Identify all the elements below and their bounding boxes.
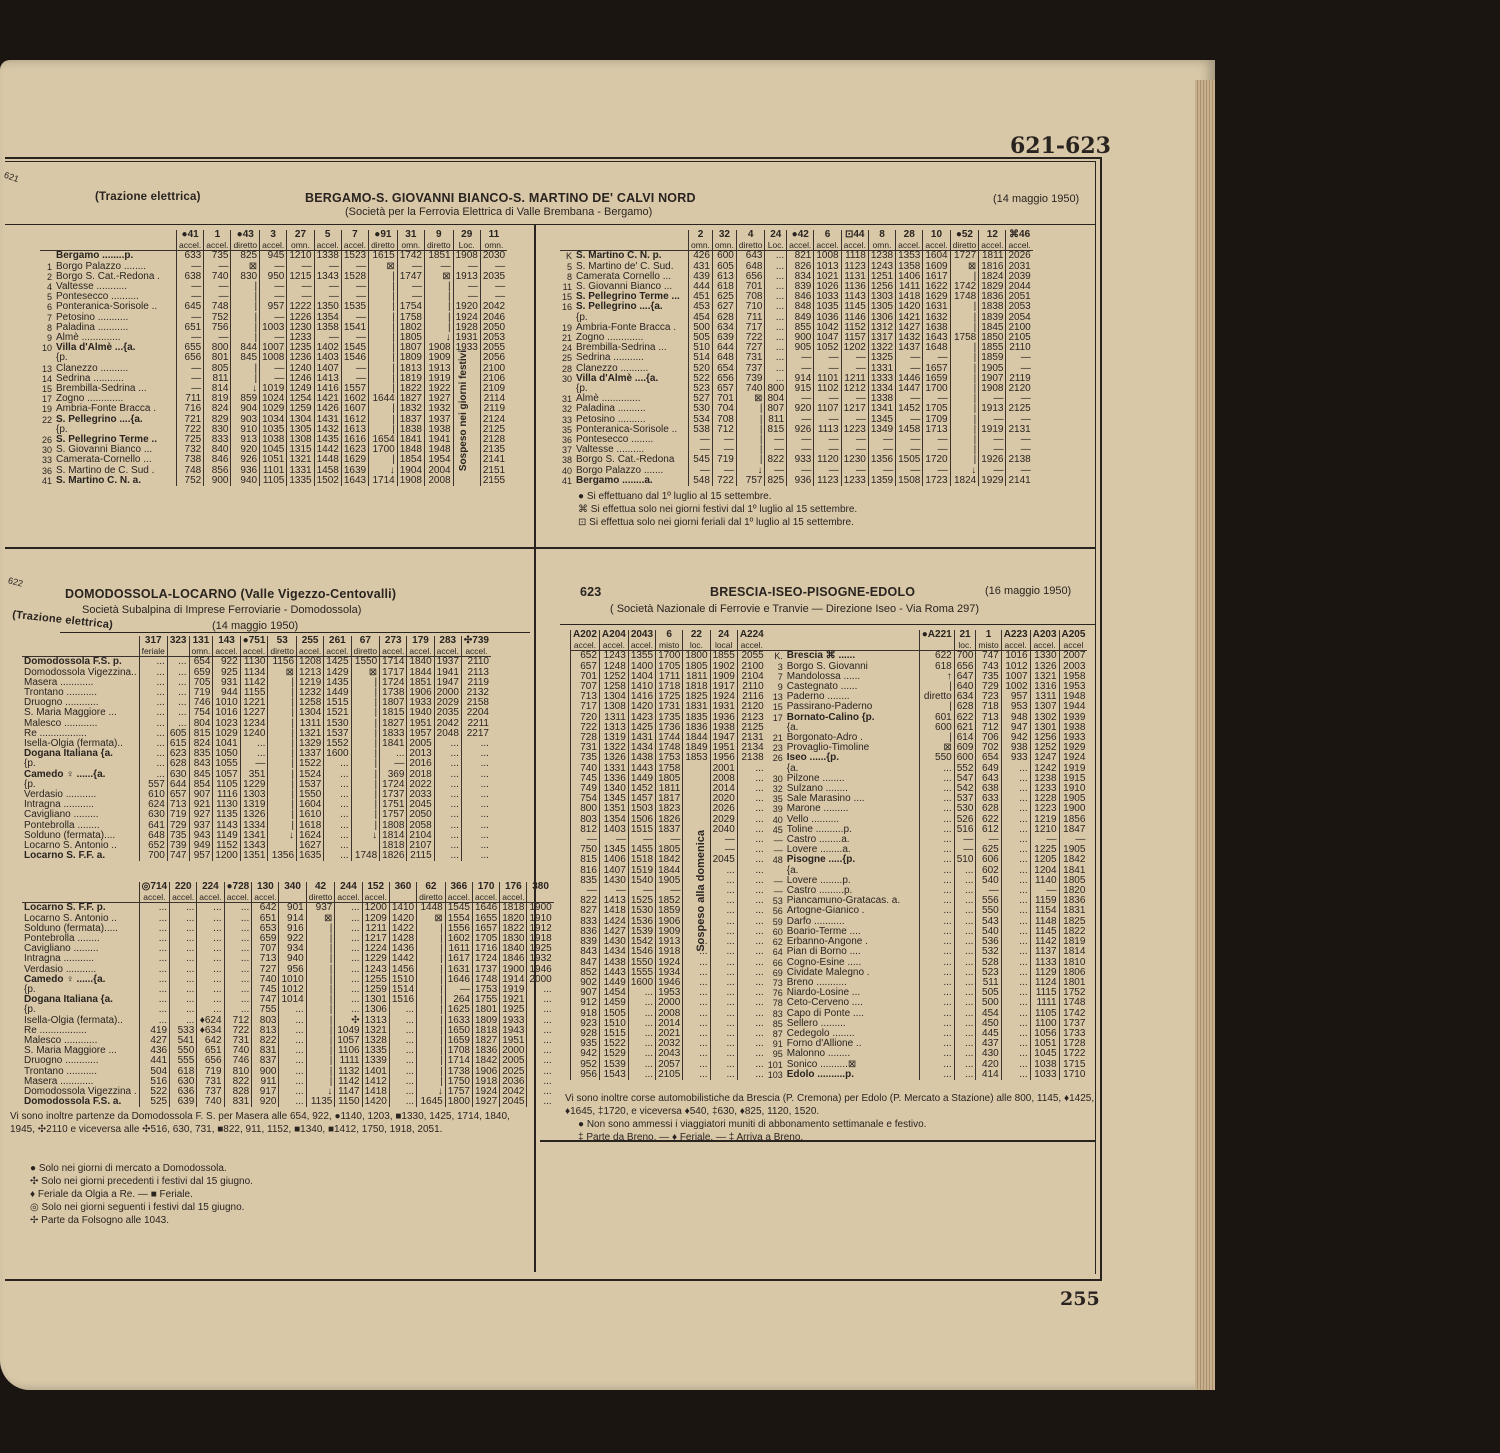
t621-divider <box>5 224 1095 225</box>
train-number: 21 <box>954 630 976 640</box>
km-value: 11 <box>560 282 574 292</box>
departure-time: 1840 <box>407 657 434 668</box>
km-value: 56 <box>766 906 785 916</box>
train-category: diretto <box>369 240 398 251</box>
page-header-range: 621-623 <box>1010 133 1111 159</box>
t621-notes: ● Si effettuano dal 1º luglio al 15 sett… <box>578 490 857 529</box>
departure-time: 747 <box>976 651 1001 662</box>
departure-time: ... <box>765 251 787 262</box>
km-value: 19 <box>560 323 574 333</box>
train-number-row: 232424●426⊡4482810●5212⌘46 <box>560 230 1033 240</box>
train-category: omn. <box>189 646 213 657</box>
departure-time: 1545 <box>445 903 472 914</box>
station-header <box>22 882 139 892</box>
train-number: 67 <box>351 636 380 646</box>
train-category-row: omn.omn.direttoLoc.accel.accel.accel.omn… <box>560 240 1033 251</box>
departure-time: ... <box>954 1049 976 1059</box>
station-header <box>22 636 139 646</box>
departure-time: 700 <box>139 851 167 861</box>
departure-time: 1543 <box>599 1070 628 1080</box>
departure-time: 1645 <box>417 1097 446 1107</box>
departure-time: 1727 <box>950 251 979 262</box>
train-number: 179 <box>407 636 434 646</box>
train-category: accel. <box>737 640 765 651</box>
departure-time: 735 <box>204 251 231 262</box>
km-value: 66 <box>766 958 785 968</box>
train-number-row: A202A204204362224A224●A221211A223A203A20… <box>571 630 1088 640</box>
train-number: 42 <box>306 882 335 892</box>
t622-note: ● Solo nei giorni di mercato a Domodosso… <box>30 1162 253 1175</box>
train-category: accel. <box>1006 240 1033 251</box>
departure-time: 1929 <box>979 476 1006 486</box>
train-number: A223 <box>1001 630 1030 640</box>
station-name: Bornato-Calino {p. <box>785 713 920 723</box>
train-number: A224 <box>737 630 765 640</box>
km-value: 21 <box>560 333 574 343</box>
departure-time: 2026 <box>1006 251 1033 262</box>
page-number: 255 <box>1060 1288 1100 1310</box>
departure-time: 1908 <box>397 476 424 486</box>
train-number: 131 <box>189 636 213 646</box>
departure-time: ↓ <box>351 831 380 841</box>
departure-time: ... <box>954 947 976 957</box>
departure-time: 1502 <box>314 476 341 486</box>
km-value: 73 <box>766 978 785 988</box>
station-name: Edolo ..........p. <box>785 1070 920 1080</box>
departure-time: ... <box>167 657 189 668</box>
km-value: — <box>766 835 785 845</box>
timetable-row: Domodossola F.S. p.......654922113011561… <box>22 657 491 668</box>
t621-up-table: 232424●426⊡4482810●5212⌘46omn.omn.dirett… <box>560 230 1033 486</box>
km-value: — <box>766 845 785 855</box>
departure-time: ... <box>1001 998 1030 1008</box>
km-value: 48 <box>766 855 785 865</box>
departure-time: 414 <box>976 1070 1001 1080</box>
km-value: 5 <box>560 262 574 272</box>
timetable-row: Locarno S. F.F. p.............642901937.… <box>22 903 554 914</box>
t623-note: ‡ Parte da Breno. — ♦ Feriale. — ‡ Arriv… <box>578 1131 926 1144</box>
departure-time: 2000 <box>656 998 683 1008</box>
train-number: 366 <box>445 882 472 892</box>
train-number: 3 <box>260 230 287 240</box>
departure-time: 1243 <box>599 651 628 662</box>
departure-time: 752 <box>177 476 204 486</box>
t622-note: ♦ Feriale da Olgia a Re. — ■ Feriale. <box>30 1188 253 1201</box>
train-category: accel <box>1059 640 1087 651</box>
km-value: 36 <box>560 435 574 445</box>
t622-notes: ● Solo nei giorni di mercato a Domodosso… <box>30 1162 253 1227</box>
km-value: 7 <box>40 313 54 323</box>
km-value: 17 <box>40 394 54 404</box>
departure-time: ... <box>710 1070 737 1080</box>
timetable-row: Bergamo ........p.6337358259451210133815… <box>40 251 507 262</box>
train-number: 7 <box>341 230 368 240</box>
t622-title: DOMODOSSOLA-LOCARNO (Valle Vigezzo-Cento… <box>65 587 396 601</box>
departure-time: 1135 <box>306 1097 335 1107</box>
train-number: 24 <box>710 630 737 640</box>
departure-time: 1330 <box>1030 651 1059 662</box>
km-value: 19 <box>40 404 54 414</box>
km-value: 26 <box>40 435 54 445</box>
departure-time: 1338 <box>314 251 341 262</box>
departure-time: ... <box>461 851 491 861</box>
departure-time: 700 <box>954 651 976 662</box>
timetable-row: Re .................419533♦634722813...|… <box>22 1026 554 1036</box>
km-value: 8 <box>40 323 54 333</box>
train-category: accel. <box>407 646 434 657</box>
km-value: 78 <box>766 998 785 1008</box>
train-category-row: accel.accel.accel.mistoloc.localaccel.lo… <box>571 640 1088 651</box>
train-category: accel. <box>445 892 472 903</box>
departure-time: ... <box>279 1097 306 1107</box>
timetable-row: Trontano ...........504618719810900...|1… <box>22 1067 554 1077</box>
departure-time: 920 <box>252 1097 279 1107</box>
train-category: accel. <box>204 240 231 251</box>
departure-time: ... <box>683 998 710 1008</box>
train-category: accel. <box>139 892 169 903</box>
departure-time: ... <box>710 947 737 957</box>
departure-time: 2045 <box>500 1097 527 1107</box>
train-category-row: ferialeomn.accel.accel.direttoaccel.acce… <box>22 646 491 657</box>
departure-time: ... <box>683 1049 710 1059</box>
train-number: 4 <box>736 230 765 240</box>
departure-time: 1459 <box>599 998 628 1008</box>
train-category <box>527 892 554 903</box>
train-category: omn. <box>287 240 314 251</box>
departure-time: 1137 <box>1030 947 1059 957</box>
train-number: 261 <box>324 636 351 646</box>
departure-time: ... <box>1001 1049 1030 1059</box>
t621-note: ⌘ Si effettua solo nei giorni festivi da… <box>578 503 857 516</box>
departure-time: ... <box>1001 947 1030 957</box>
train-category: diretto <box>351 646 380 657</box>
departure-time: 1800 <box>445 1097 472 1107</box>
departure-time: 1238 <box>868 251 895 262</box>
departure-time: 1818 <box>500 903 527 914</box>
departure-time: 747 <box>167 851 189 861</box>
train-number: 130 <box>252 882 279 892</box>
train-category: omn. <box>868 240 895 251</box>
train-category: loc. <box>683 640 710 651</box>
train-category: omn. <box>397 240 424 251</box>
departure-time: 1425 <box>324 657 351 668</box>
departure-time: 1710 <box>1059 1070 1087 1080</box>
km-value: 69 <box>766 968 785 978</box>
train-category: accel. <box>599 640 628 651</box>
train-category: misto <box>656 640 683 651</box>
km-value: 32 <box>560 404 574 414</box>
departure-time <box>683 774 710 784</box>
departure-time <box>683 764 710 774</box>
timetable-row: 41Bergamo ........a.54872275782593611231… <box>560 476 1033 486</box>
km-value: 76 <box>766 988 785 998</box>
train-number: A205 <box>1059 630 1087 640</box>
train-category <box>167 646 189 657</box>
train-number: ●751 <box>240 636 268 646</box>
train-category: accel. <box>177 240 204 251</box>
station-header <box>785 630 920 640</box>
departure-time: 1811 <box>979 251 1006 262</box>
train-category: omn. <box>480 240 507 251</box>
timetable-row: 652124313551700180018552055K.Brescia ⌘ .… <box>571 651 1088 662</box>
km-value <box>40 425 54 435</box>
departure-time: 900 <box>204 476 231 486</box>
departure-time: 1233 <box>841 476 868 486</box>
km-value: 85 <box>766 1019 785 1029</box>
train-category: accel. <box>500 892 527 903</box>
km-value: 2 <box>40 272 54 282</box>
train-number: 1 <box>976 630 1001 640</box>
departure-time: 1900 <box>527 903 554 914</box>
departure-time: 1748 <box>1059 998 1087 1008</box>
departure-time: ... <box>389 1097 416 1107</box>
t621-title: BERGAMO-S. GIOVANNI BIANCO-S. MARTINO DE… <box>305 191 696 205</box>
departure-time: 548 <box>689 476 713 486</box>
departure-time: 1111 <box>1030 998 1059 1008</box>
t623-divider <box>560 624 1095 625</box>
departure-time: 1714 <box>380 657 407 668</box>
km-header <box>560 240 574 251</box>
km-value <box>560 384 574 394</box>
departure-time: ... <box>683 1070 710 1080</box>
station-name: S. Martino C. N. p. <box>574 251 689 262</box>
departure-time: 1722 <box>1059 1049 1087 1059</box>
km-value: 30 <box>766 774 785 784</box>
train-category: loc. <box>954 640 976 651</box>
km-value <box>766 866 785 876</box>
station-name: Brescia ⌘ ...... <box>785 651 920 662</box>
train-number-row: ●411●4332757●913192911 <box>40 230 507 240</box>
train-number: 255 <box>297 636 324 646</box>
departure-time <box>683 804 710 814</box>
km-value: 60 <box>766 927 785 937</box>
departure-time: 821 <box>787 251 814 262</box>
train-number: ●91 <box>369 230 398 240</box>
train-number: ⊡44 <box>841 230 868 240</box>
departure-time: 643 <box>736 251 765 262</box>
train-category: diretto <box>306 892 335 903</box>
train-category: accel. <box>341 240 368 251</box>
train-category: accel. <box>841 240 868 251</box>
km-value: 24 <box>560 343 574 353</box>
train-category: accel. <box>1030 640 1059 651</box>
t622-note: ✣ Solo nei giorni precedenti i festivi d… <box>30 1175 253 1188</box>
train-number: 22 <box>683 630 710 640</box>
train-number: 12 <box>979 230 1006 240</box>
train-number: 1 <box>204 230 231 240</box>
km-value: 53 <box>766 896 785 906</box>
departure-time: 1353 <box>896 251 923 262</box>
train-number: 220 <box>170 882 197 892</box>
train-number: A204 <box>599 630 628 640</box>
departure-time: 740 <box>197 1097 224 1107</box>
t622-company: Società Subalpina di Imprese Ferroviarie… <box>82 604 361 616</box>
departure-time: 1918 <box>656 947 683 957</box>
train-category-row: accel.accel.direttoaccel.omn.accel.accel… <box>40 240 507 251</box>
t621-company: (Società per la Ferrovia Elettrica di Va… <box>345 206 652 218</box>
train-category: accel. <box>979 240 1006 251</box>
departure-time: 2008 <box>424 476 453 486</box>
train-category <box>279 892 306 903</box>
train-category: accel. <box>314 240 341 251</box>
km-value: 23 <box>766 743 785 753</box>
km-value: 33 <box>560 415 574 425</box>
departure-time: 901 <box>279 903 306 914</box>
km-value: 41 <box>40 476 54 486</box>
station-name: Locarno S. F.F. a. <box>22 851 139 861</box>
train-number: 6 <box>814 230 841 240</box>
train-number: 8 <box>868 230 895 240</box>
station-name: Camedo ♀ ......{a. <box>22 770 139 780</box>
departure-time: 722 <box>712 476 736 486</box>
train-category: accel. <box>434 646 461 657</box>
km-value: 22 <box>40 415 54 425</box>
station-name: Dogana Italiana {a. <box>22 995 139 1005</box>
station-name: Iseo ......{p. <box>785 753 920 763</box>
train-category: accel. <box>628 640 655 651</box>
km-value: 35 <box>560 425 574 435</box>
train-category: local <box>710 640 737 651</box>
departure-time: ... <box>224 903 252 914</box>
km-value: 15 <box>560 292 574 302</box>
departure-time: 633 <box>177 251 204 262</box>
departure-time: 1550 <box>351 657 380 668</box>
train-category: accel. <box>252 892 279 903</box>
departure-time <box>453 476 480 486</box>
departure-time: 757 <box>736 476 765 486</box>
km-value: 8 <box>560 272 574 282</box>
departure-time: 1851 <box>424 251 453 262</box>
departure-time: 1635 <box>297 851 324 861</box>
departure-time: 1529 <box>599 1049 628 1059</box>
km-value: 33 <box>40 455 54 465</box>
km-value: 1 <box>40 262 54 272</box>
train-number: 2043 <box>628 630 655 640</box>
km-value: 87 <box>766 1029 785 1039</box>
train-category: accel. <box>896 240 923 251</box>
station-header <box>22 892 139 903</box>
departure-time: 2043 <box>656 1049 683 1059</box>
km-value: — <box>766 886 785 896</box>
train-number: 273 <box>380 636 407 646</box>
train-category: accel. <box>461 646 491 657</box>
departure-time: 652 <box>571 651 600 662</box>
km-value: 101 <box>766 1060 785 1070</box>
t621-note: ● Si effettuano dal 1º luglio al 15 sett… <box>578 490 857 503</box>
departure-time: 1208 <box>297 657 324 668</box>
departure-time: 1742 <box>397 251 424 262</box>
km-value: 91 <box>766 1039 785 1049</box>
t621-traction: (Trazione elettrica) <box>95 191 201 203</box>
departure-time: ... <box>170 903 197 914</box>
t623-company: ( Società Nazionale di Ferrovie e Tranvi… <box>610 603 979 615</box>
station-name: Pisogne .....{p. <box>785 855 920 865</box>
train-category: accel. <box>170 892 197 903</box>
departure-time: ... <box>324 851 351 861</box>
train-category: accel. <box>197 892 224 903</box>
t622-divider <box>60 632 530 633</box>
km-header <box>560 230 574 240</box>
departure-time: 1855 <box>710 651 737 662</box>
t621-note: ⊡ Si effettua solo nei giorni feriali da… <box>578 516 857 529</box>
station-name: Ceto-Cerveno .... <box>785 998 920 1008</box>
departure-time <box>683 794 710 804</box>
station-name: Bergamo ........a. <box>574 476 689 486</box>
departure-time: ... <box>737 947 765 957</box>
train-number: 9 <box>424 230 453 240</box>
train-number: 10 <box>923 230 950 240</box>
t622-up-table: ◎714220224●72813034042244152360623661701… <box>22 882 554 1107</box>
train-category: accel. <box>814 240 841 251</box>
km-value: 25 <box>560 353 574 363</box>
station-header <box>54 230 177 240</box>
train-category: Loc. <box>453 240 480 251</box>
departure-time: 1420 <box>362 1097 389 1107</box>
train-number: 323 <box>167 636 189 646</box>
departure-time: 500 <box>976 998 1001 1008</box>
departure-time: 956 <box>571 1070 600 1080</box>
departure-time: 2007 <box>1059 651 1087 662</box>
station-header <box>574 230 689 240</box>
departure-time: 532 <box>976 947 1001 957</box>
station-name: S. Pellegrino ....{a. <box>574 302 689 312</box>
train-number: 176 <box>500 882 527 892</box>
km-header <box>40 230 54 240</box>
station-name: Bergamo ........p. <box>54 251 177 262</box>
train-category: omn. <box>689 240 713 251</box>
train-number-row: ◎714220224●72813034042244152360623661701… <box>22 882 554 892</box>
t622-note: ◎ Solo nei giorni seguenti i festivi dal… <box>30 1201 253 1214</box>
km-value: 31 <box>560 394 574 404</box>
departure-time: ... <box>139 903 169 914</box>
train-category: Loc. <box>765 240 787 251</box>
departure-time: 1714 <box>369 476 398 486</box>
train-number: 29 <box>453 230 480 240</box>
departure-time: 1210 <box>287 251 314 262</box>
departure-time: 1434 <box>599 947 628 957</box>
departure-time: ... <box>527 1097 554 1107</box>
train-number: ●52 <box>950 230 979 240</box>
train-number: 340 <box>279 882 306 892</box>
train-category: diretto <box>736 240 765 251</box>
train-number: 224 <box>197 882 224 892</box>
departure-time: 1523 <box>341 251 368 262</box>
station-name: Locarno S. F.F. p. <box>22 903 139 914</box>
departure-time: 2115 <box>407 851 434 861</box>
km-value <box>766 764 785 774</box>
departure-time: 1156 <box>268 657 297 668</box>
departure-time: 642 <box>252 903 279 914</box>
train-number: ●43 <box>231 230 260 240</box>
departure-time: 1748 <box>351 851 380 861</box>
table-623-number: 623 <box>580 585 601 599</box>
departure-time: 1646 <box>472 903 499 914</box>
departure-time: ... <box>628 998 655 1008</box>
page-stack-edge <box>1195 80 1215 1390</box>
departure-time: 600 <box>712 251 736 262</box>
departure-time <box>683 784 710 794</box>
departure-time: 525 <box>139 1097 169 1107</box>
train-number: 31 <box>397 230 424 240</box>
train-category-row: accel.accel.accel.accel.accel.direttoacc… <box>22 892 554 903</box>
station-name: S. Martino C. N. a. <box>54 476 177 486</box>
train-number: ●728 <box>224 882 252 892</box>
departure-time: ... <box>139 657 167 668</box>
departure-time: ... <box>919 998 954 1008</box>
departure-time: 825 <box>231 251 260 262</box>
departure-time <box>683 815 710 825</box>
departure-time: 937 <box>306 903 335 914</box>
